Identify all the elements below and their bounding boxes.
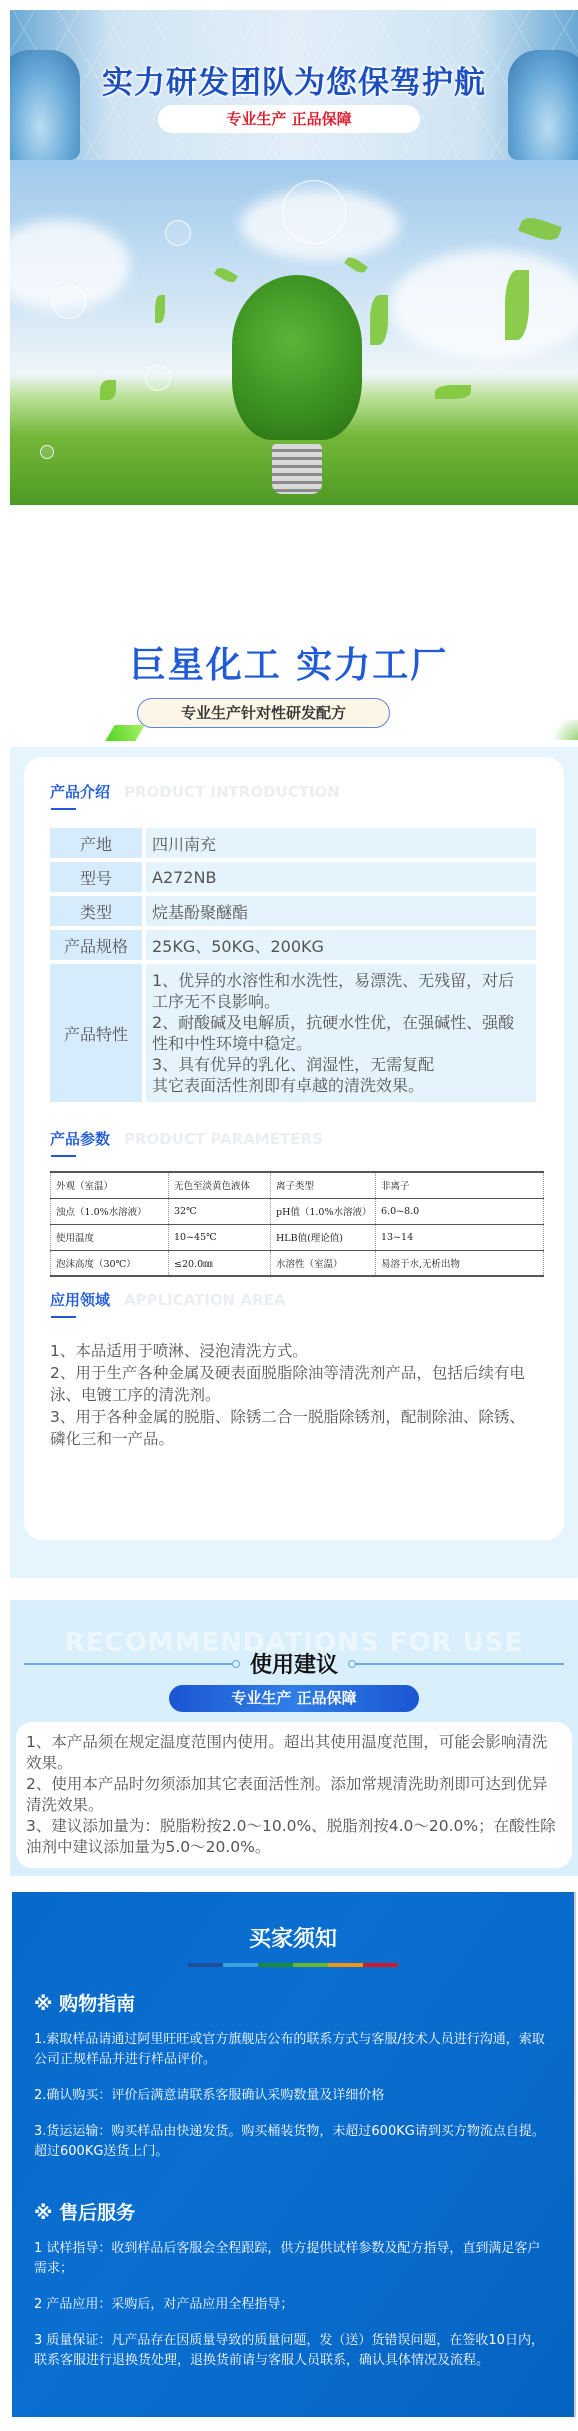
after-sales-item: 2 产品应用：采购后，对产品应用全程指导； <box>34 2295 552 2315</box>
row-value: 1、优异的水溶性和水洗性，易漂洗、无残留，对后工序无不良影响。 2、耐酸碱及电解… <box>146 964 536 1102</box>
after-sales-item: 3 质量保证：凡产品存在因质量导致的质量问题，发（送）货错误问题，在签收10日内… <box>34 2331 552 2371</box>
param-cell: HLB值(理论值) <box>271 1224 376 1250</box>
bulb-socket <box>272 444 322 494</box>
param-cell: 离子类型 <box>271 1172 376 1198</box>
guarantee-badge: 专业生产 正品保障 <box>169 1685 419 1712</box>
color-segment <box>293 1963 328 1967</box>
params-table: 外观（室温） 无色至淡黄色液体 离子类型 非离子 浊点（1.0%水溶液） 32℃… <box>50 1171 544 1277</box>
section-heading-application: 应用领域 APPLICATION AREA <box>50 1289 544 1318</box>
recommendations-box: 1、本产品须在规定温度范围内使用。超出其使用温度范围，可能会影响清洗效果。 2、… <box>16 1722 572 1868</box>
param-cell: 使用温度 <box>51 1224 169 1250</box>
row-value: 烷基酚聚醚酯 <box>146 896 536 926</box>
intro-table: 产地 四川南充 型号 A272NB 类型 烷基酚聚醚酯 产品规格 25KG、50… <box>46 824 540 1106</box>
recommendation-item: 1、本产品须在规定温度范围内使用。超出其使用温度范围，可能会影响清洗效果。 <box>26 1732 562 1774</box>
table-row: 外观（室温） 无色至淡黄色液体 离子类型 非离子 <box>51 1172 544 1198</box>
buyer-notice-section: 买家须知 ※ 购物指南 1.索取样品请通过阿里旺旺或官方旗舰店公布的联系方式与客… <box>12 1892 576 2417</box>
shopping-guide-heading: ※ 购物指南 <box>34 1989 552 2016</box>
param-cell: 32℃ <box>169 1198 271 1224</box>
shopping-item: 3.货运运输：购买样品由快递发货。购买桶装货物，未超过600KG请到买方物流点自… <box>34 2122 552 2162</box>
param-cell: 外观（室温） <box>51 1172 169 1198</box>
leaf <box>100 380 116 400</box>
param-cell: 泡沫高度（30℃） <box>51 1250 169 1276</box>
divider-line <box>24 1663 238 1665</box>
after-sales-heading: ※ 售后服务 <box>34 2198 552 2225</box>
color-segment <box>363 1963 398 1967</box>
row-value: 四川南充 <box>146 828 536 858</box>
leaf <box>370 295 388 345</box>
bubble <box>282 180 346 244</box>
heading-cn: 应用领域 <box>50 1289 110 1310</box>
param-cell: ≤20.0㎜ <box>169 1250 271 1276</box>
shopping-item: 2.确认购买：评价后满意请联系客服确认采购数量及详细价格 <box>34 2086 552 2106</box>
section-heading-params: 产品参数 PRODUCT PARAMETERS <box>50 1128 544 1157</box>
table-row: 产品规格 25KG、50KG、200KG <box>50 930 536 960</box>
leaf <box>518 214 562 245</box>
leaf <box>155 295 165 323</box>
application-item: 1、本品适用于喷淋、浸泡清洗方式。 <box>50 1340 540 1362</box>
brand-section: 巨星化工 实力工厂 专业生产针对性研发配方 <box>0 525 578 735</box>
green-decoration <box>105 725 144 741</box>
product-card: 产品介绍 PRODUCT INTRODUCTION 产地 四川南充 型号 A27… <box>24 757 564 1540</box>
param-cell: 10~45℃ <box>169 1224 271 1250</box>
divider-line <box>350 1663 564 1665</box>
brand-title: 巨星化工 实力工厂 <box>0 637 578 688</box>
table-row: 产地 四川南充 <box>50 828 536 858</box>
table-row: 产品特性 1、优异的水溶性和水洗性，易漂洗、无残留，对后工序无不良影响。 2、耐… <box>50 964 536 1102</box>
heading-en: PRODUCT PARAMETERS <box>124 1130 323 1148</box>
color-segment <box>328 1963 363 1967</box>
recommendations-section: RECOMMENDATIONS FOR USE 使用建议 专业生产 正品保障 1… <box>10 1600 578 1876</box>
top-banner: 实力研发团队为您保驾护航 专业生产 正品保障 <box>10 10 578 160</box>
application-item: 2、用于生产各种金属及硬表面脱脂除油等清洗剂产品，包括后续有电泳、电镀工序的清洗… <box>50 1362 540 1406</box>
banner-pill: 专业生产 正品保障 <box>158 105 420 133</box>
hero-image <box>10 160 578 505</box>
section-title: 使用建议 <box>238 1648 350 1679</box>
bubble <box>145 365 171 391</box>
green-decoration <box>548 720 578 740</box>
leaf <box>214 265 238 285</box>
bubble <box>52 285 86 319</box>
table-row: 型号 A272NB <box>50 862 536 892</box>
row-key: 产地 <box>50 828 142 858</box>
bubble <box>165 220 191 246</box>
row-key: 产品规格 <box>50 930 142 960</box>
brand-subtitle: 专业生产针对性研发配方 <box>137 698 390 728</box>
application-item: 3、用于各种金属的脱脂、除锈二合一脱脂除锈剂，配制除油、除锈、磷化三和一产品。 <box>50 1406 540 1450</box>
param-cell: 6.0~8.0 <box>376 1198 544 1224</box>
row-key: 型号 <box>50 862 142 892</box>
application-list: 1、本品适用于喷淋、浸泡清洗方式。 2、用于生产各种金属及硬表面脱脂除油等清洗剂… <box>50 1340 544 1450</box>
table-row: 使用温度 10~45℃ HLB值(理论值) 13~14 <box>51 1224 544 1250</box>
cloud <box>390 250 578 360</box>
row-value: 25KG、50KG、200KG <box>146 930 536 960</box>
leaf <box>435 385 471 399</box>
grass-bulb-graphic <box>232 275 362 440</box>
leaf <box>344 255 368 276</box>
table-row: 类型 烷基酚聚醚酯 <box>50 896 536 926</box>
param-cell: 浊点（1.0%水溶液） <box>51 1198 169 1224</box>
recommendation-item: 2、使用本产品时勿须添加其它表面活性剂。添加常规清洗助剂即可达到优异清洗效果。 <box>26 1774 562 1816</box>
color-segment <box>223 1963 258 1967</box>
param-cell: 水溶性（室温） <box>271 1250 376 1276</box>
bubble <box>40 445 54 459</box>
leaf <box>505 270 529 340</box>
color-segment <box>258 1963 293 1967</box>
color-bar <box>34 1963 552 1967</box>
param-cell: 13~14 <box>376 1224 544 1250</box>
product-panel: 产品介绍 PRODUCT INTRODUCTION 产地 四川南充 型号 A27… <box>10 747 578 1578</box>
after-sales-item: 1 试样指导：收到样品后客服会全程跟踪，供方提供试样参数及配方指导，直到满足客户… <box>34 2239 552 2279</box>
recommendation-item: 3、建议添加量为：脱脂粉按2.0～10.0%、脱脂剂按4.0～20.0%；在酸性… <box>26 1816 562 1858</box>
table-row: 浊点（1.0%水溶液） 32℃ pH值（1.0%水溶液） 6.0~8.0 <box>51 1198 544 1224</box>
table-row: 泡沫高度（30℃） ≤20.0㎜ 水溶性（室温） 易溶于水,无析出物 <box>51 1250 544 1276</box>
param-cell: 非离子 <box>376 1172 544 1198</box>
banner-title: 实力研发团队为您保驾护航 <box>10 57 578 102</box>
section-heading-intro: 产品介绍 PRODUCT INTRODUCTION <box>50 781 544 810</box>
param-cell: 无色至淡黄色液体 <box>169 1172 271 1198</box>
heading-cn: 产品介绍 <box>50 781 110 802</box>
param-cell: 易溶于水,无析出物 <box>376 1250 544 1276</box>
heading-en: PRODUCT INTRODUCTION <box>124 783 340 801</box>
shopping-item: 1.索取样品请通过阿里旺旺或官方旗舰店公布的联系方式与客服/技术人员进行沟通，索… <box>34 2030 552 2070</box>
row-value: A272NB <box>146 862 536 892</box>
row-key: 产品特性 <box>50 964 142 1102</box>
param-cell: pH值（1.0%水溶液） <box>271 1198 376 1224</box>
color-segment <box>188 1963 223 1967</box>
heading-en: APPLICATION AREA <box>124 1291 286 1309</box>
row-key: 类型 <box>50 896 142 926</box>
notice-title: 买家须知 <box>34 1922 552 1953</box>
heading-cn: 产品参数 <box>50 1128 110 1149</box>
